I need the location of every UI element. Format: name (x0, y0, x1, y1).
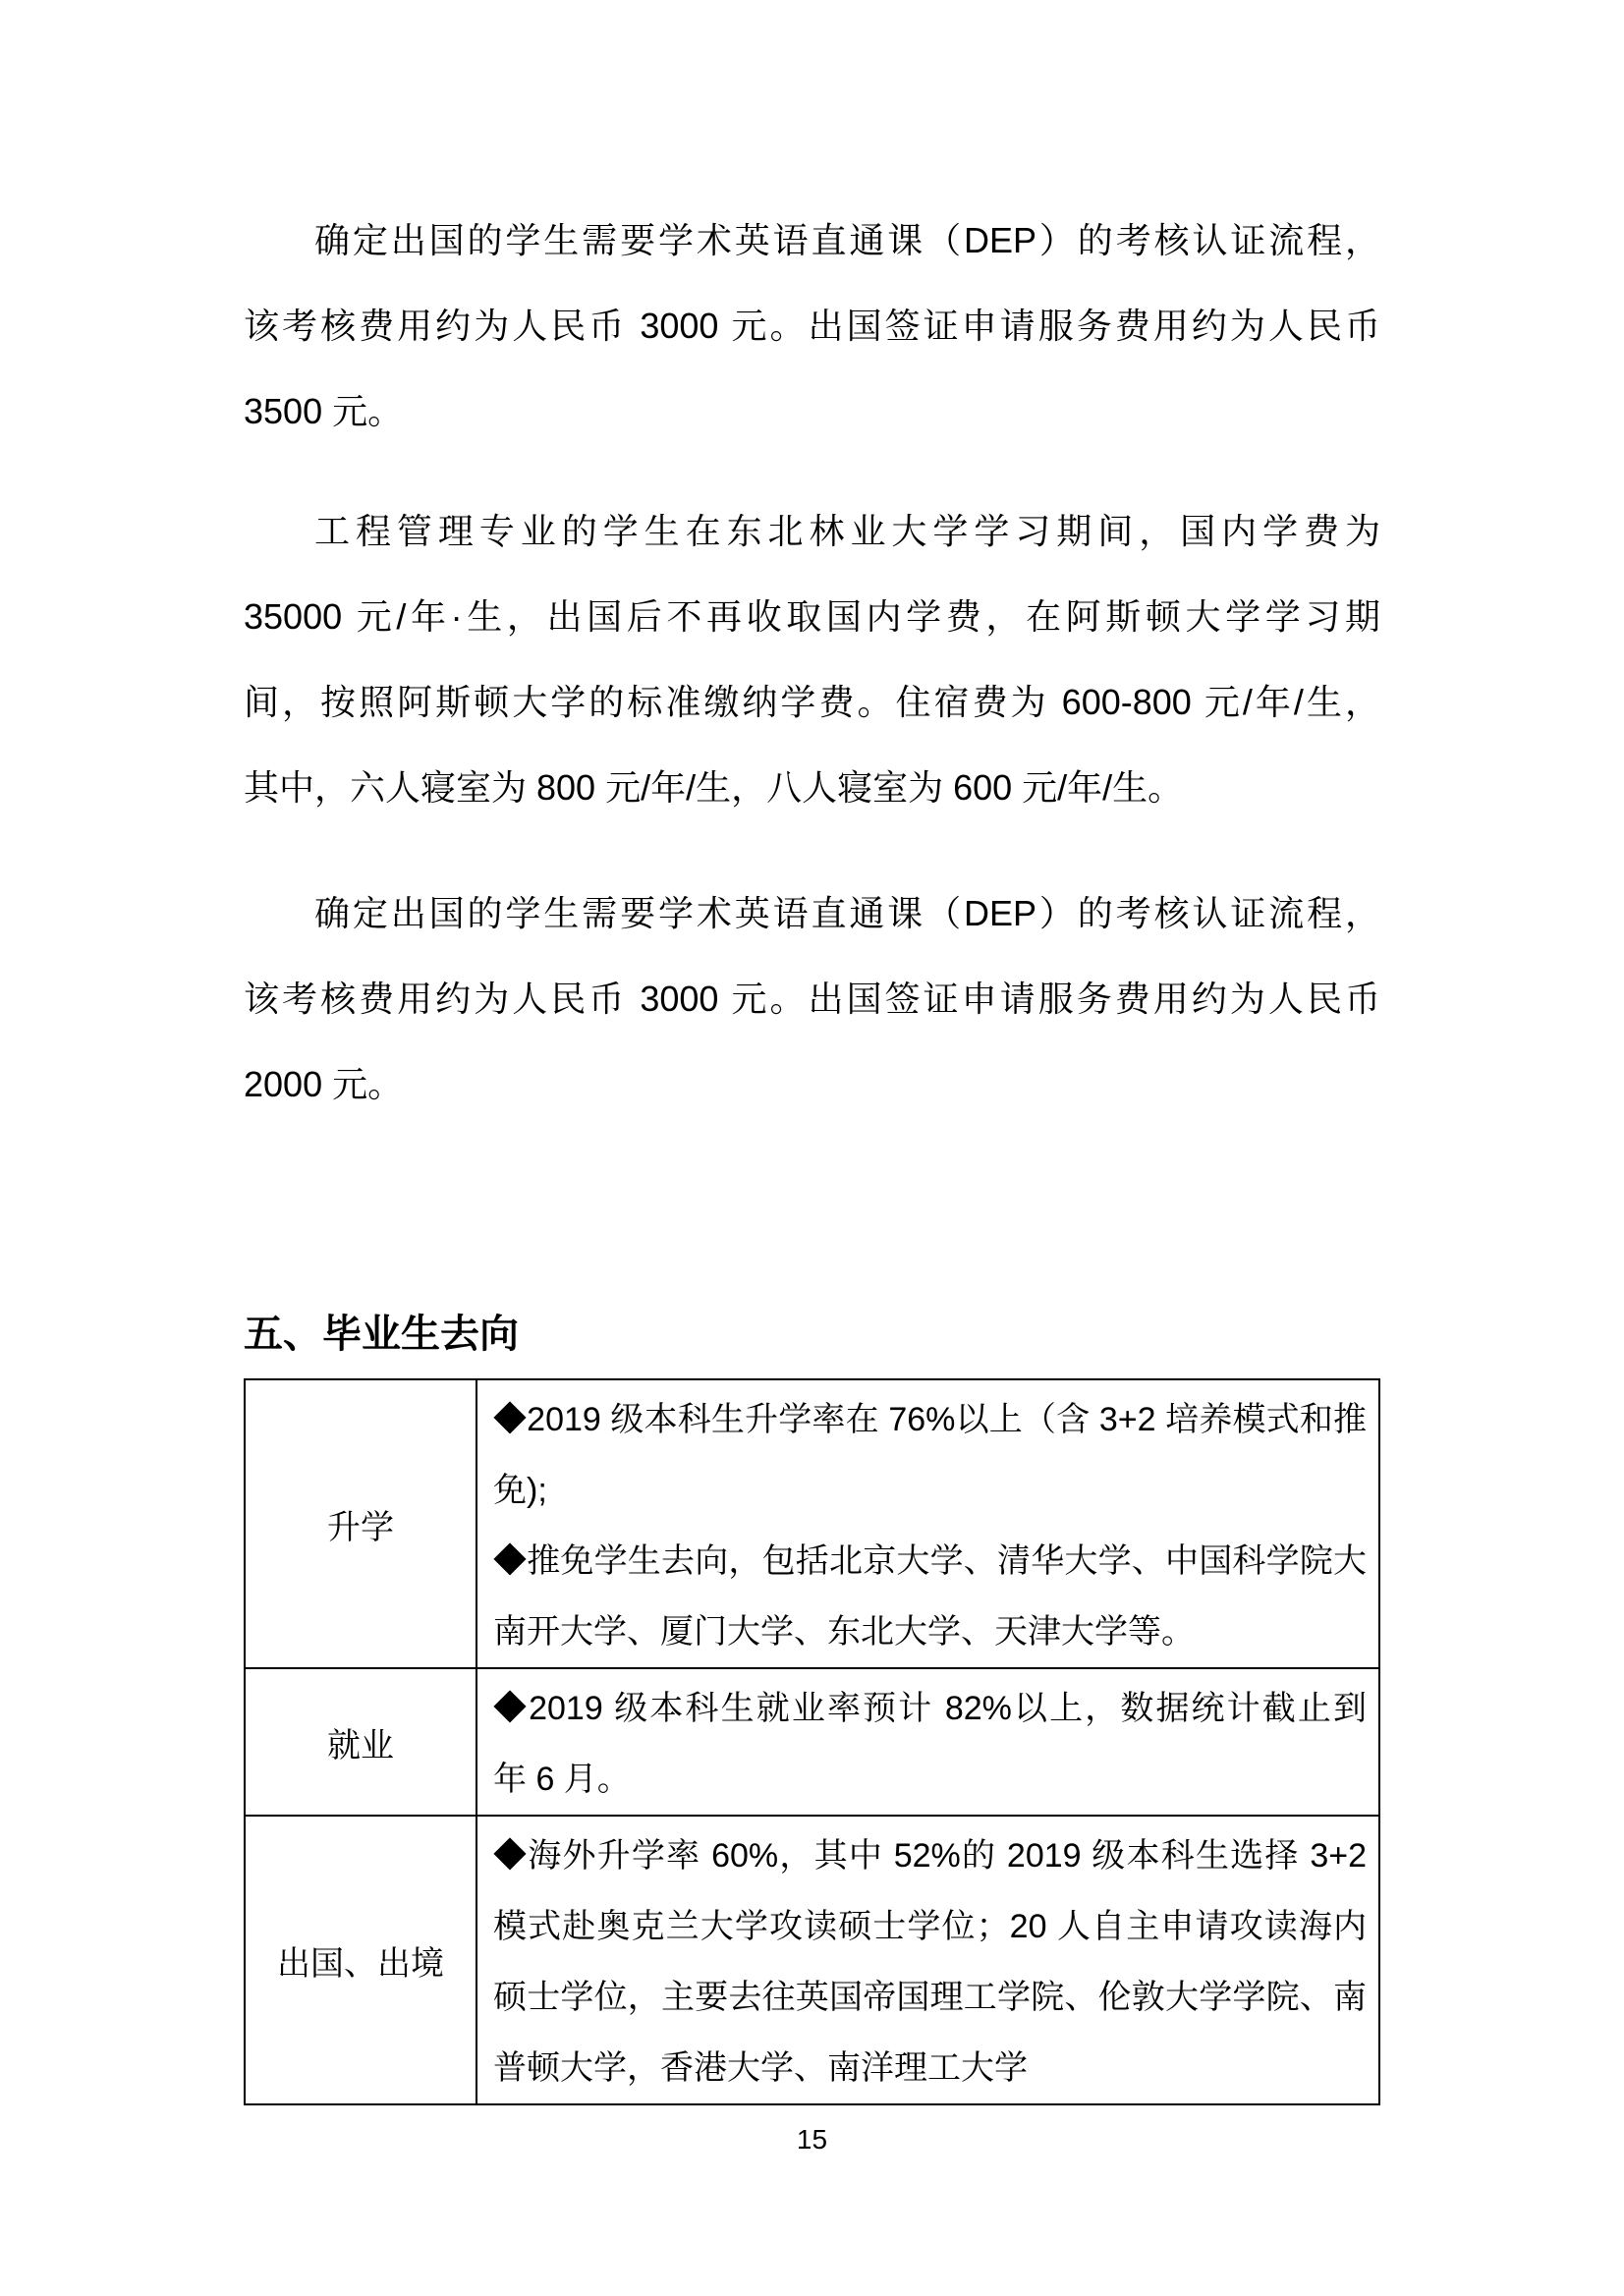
row-header-employment: 就业 (245, 1668, 476, 1816)
table-line: 年 6 月。 (493, 1744, 1367, 1815)
row-content-employment: ◆2019 级本科生就业率预计 82%以上，数据统计截止到 2023 年 6 月… (476, 1668, 1379, 1816)
paragraph-line: 工程管理专业的学生在东北林业大学学习期间，国内学费为 (244, 488, 1380, 574)
table-row-employment: 就业 ◆2019 级本科生就业率预计 82%以上，数据统计截止到 2023 年 … (245, 1668, 1379, 1816)
graduate-destinations-table: 升学 ◆2019 级本科生升学率在 76%以上（含 3+2 培养模式和推 免);… (244, 1378, 1380, 2105)
table-line: 南开大学、厦门大学、东北大学、天津大学等。 (493, 1596, 1367, 1667)
paragraph-line: 35000 元/年·生，出国后不再收取国内学费，在阿斯顿大学学习期 (244, 574, 1380, 659)
table-line: 免); (493, 1455, 1367, 1526)
paragraph-line: 2000 元。 (244, 1041, 1380, 1127)
table-line: 模式赴奥克兰大学攻读硕士学位；20 人自主申请攻读海内外 (493, 1891, 1367, 1962)
row-content-further-study: ◆2019 级本科生升学率在 76%以上（含 3+2 培养模式和推 免); ◆推… (476, 1379, 1379, 1668)
row-content-abroad: ◆海外升学率 60%，其中 52%的 2019 级本科生选择 3+2 培养 模式… (476, 1816, 1379, 2104)
paragraph-tuition: 工程管理专业的学生在东北林业大学学习期间，国内学费为 35000 元/年·生，出… (244, 454, 1380, 830)
table-line: ◆2019 级本科生升学率在 76%以上（含 3+2 培养模式和推 (493, 1384, 1367, 1455)
section-heading-graduate-destinations: 五、毕业生去向 (244, 1307, 1380, 1362)
table-line: ◆2019 级本科生就业率预计 82%以上，数据统计截止到 2023 (493, 1673, 1367, 1744)
paragraph-line: 其中，六人寝室为 800 元/年/生，八人寝室为 600 元/年/生。 (244, 745, 1380, 830)
table-line: ◆推免学生去向，包括北京大学、清华大学、中国科学院大学、 (493, 1526, 1367, 1596)
page-number: 15 (0, 2124, 1624, 2156)
table-row-further-study: 升学 ◆2019 级本科生升学率在 76%以上（含 3+2 培养模式和推 免);… (245, 1379, 1379, 1668)
paragraph-dep-fee-1: 确定出国的学生需要学术英语直通课（DEP）的考核认证流程， 该考核费用约为人民币… (244, 0, 1380, 454)
row-header-abroad: 出国、出境 (245, 1816, 476, 2104)
row-header-further-study: 升学 (245, 1379, 476, 1668)
paragraph-line: 该考核费用约为人民币 3000 元。出国签证申请服务费用约为人民币 (244, 283, 1380, 368)
table-line: 硕士学位，主要去往英国帝国理工学院、伦敦大学学院、南安 (493, 1962, 1367, 2033)
paragraph-dep-fee-2: 确定出国的学生需要学术英语直通课（DEP）的考核认证流程， 该考核费用约为人民币… (244, 830, 1380, 1127)
table-row-abroad: 出国、出境 ◆海外升学率 60%，其中 52%的 2019 级本科生选择 3+2… (245, 1816, 1379, 2104)
table-line: ◆海外升学率 60%，其中 52%的 2019 级本科生选择 3+2 培养 (493, 1820, 1367, 1891)
paragraph-line: 间，按照阿斯顿大学的标准缴纳学费。住宿费为 600-800 元/年/生， (244, 659, 1380, 745)
table-line: 普顿大学，香港大学、南洋理工大学 (493, 2033, 1367, 2103)
paragraph-line: 3500 元。 (244, 368, 1380, 454)
paragraph-line: 确定出国的学生需要学术英语直通课（DEP）的考核认证流程， (244, 870, 1380, 956)
paragraph-line: 确定出国的学生需要学术英语直通课（DEP）的考核认证流程， (244, 197, 1380, 283)
document-page: 确定出国的学生需要学术英语直通课（DEP）的考核认证流程， 该考核费用约为人民币… (0, 0, 1624, 2296)
paragraph-line: 该考核费用约为人民币 3000 元。出国签证申请服务费用约为人民币 (244, 956, 1380, 1041)
page-content: 确定出国的学生需要学术英语直通课（DEP）的考核认证流程， 该考核费用约为人民币… (244, 0, 1380, 2105)
